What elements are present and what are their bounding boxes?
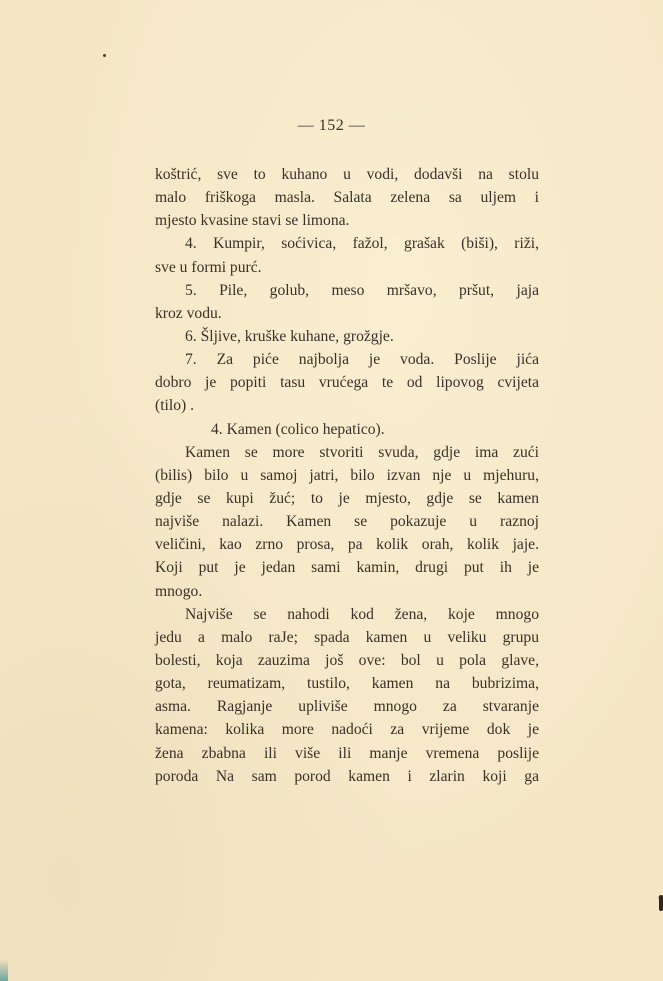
- text-line: kamena: kolika more nadoći za vrijeme do…: [155, 718, 539, 741]
- text-line: veličini, kao zrno prosa, pa kolik orah,…: [155, 533, 539, 556]
- body-text: koštrić, sve to kuhano u vodi, dodavši n…: [155, 163, 539, 788]
- text-line: (bilis) bilo u samoj jatri, bilo izvan n…: [155, 464, 539, 487]
- scan-corner-artifact: [0, 959, 8, 981]
- text-line: dobro je popiti tasu vrućega te od lipov…: [155, 371, 539, 394]
- page-number: — 152 —: [0, 117, 663, 135]
- text-line: sve u formi purć.: [155, 256, 539, 279]
- text-line: najviše nalazi. Kamen se pokazuje u razn…: [155, 510, 539, 533]
- text-line: gdje se kupi žuć; to je mjesto, gdje se …: [155, 487, 539, 510]
- text-line: kroz vodu.: [155, 302, 539, 325]
- section-heading: 4. Kamen (colico hepatico).: [155, 418, 539, 441]
- text-line: jedu a malo raJe; spada kamen u veliku g…: [155, 626, 539, 649]
- page-edge-mark: [659, 895, 663, 911]
- text-line: gota, reumatizam, tustilo, kamen na bubr…: [155, 672, 539, 695]
- list-item-6: 6. Šljive, kruške kuhane, grožgje.: [155, 325, 539, 348]
- text-line: koštrić, sve to kuhano u vodi, dodavši n…: [155, 163, 539, 186]
- text-line: bolesti, koja zauzima još ove: bol u pol…: [155, 649, 539, 672]
- text-line: mnogo.: [155, 580, 539, 603]
- text-line: poroda Na sam porod kamen i zlarin koji …: [155, 765, 539, 788]
- paragraph-start: Najviše se nahodi kod žena, koje mnogo: [155, 603, 539, 626]
- text-line: malo friškoga masla. Salata zelena sa ul…: [155, 186, 539, 209]
- list-item-7: 7. Za piće najbolja je voda. Poslije jić…: [155, 348, 539, 371]
- scanned-book-page: — 152 — koštrić, sve to kuhano u vodi, d…: [0, 0, 663, 981]
- text-line: mjesto kvasine stavi se limona.: [155, 209, 539, 232]
- text-line: (tilo) .: [155, 394, 539, 417]
- paragraph-start: Kamen se more stvoriti svuda, gdje ima z…: [155, 441, 539, 464]
- text-line: asma. Ragjanje upliviše mnogo za stvaran…: [155, 695, 539, 718]
- ink-speck: [103, 54, 106, 57]
- list-item-4: 4. Kumpir, soćivica, fažol, grašak (biši…: [155, 232, 539, 255]
- list-item-5: 5. Pile, golub, meso mršavo, pršut, jaja: [155, 279, 539, 302]
- text-line: žena zbabna ili više ili manje vremena p…: [155, 742, 539, 765]
- text-line: Koji put je jedan sami kamin, drugi put …: [155, 556, 539, 579]
